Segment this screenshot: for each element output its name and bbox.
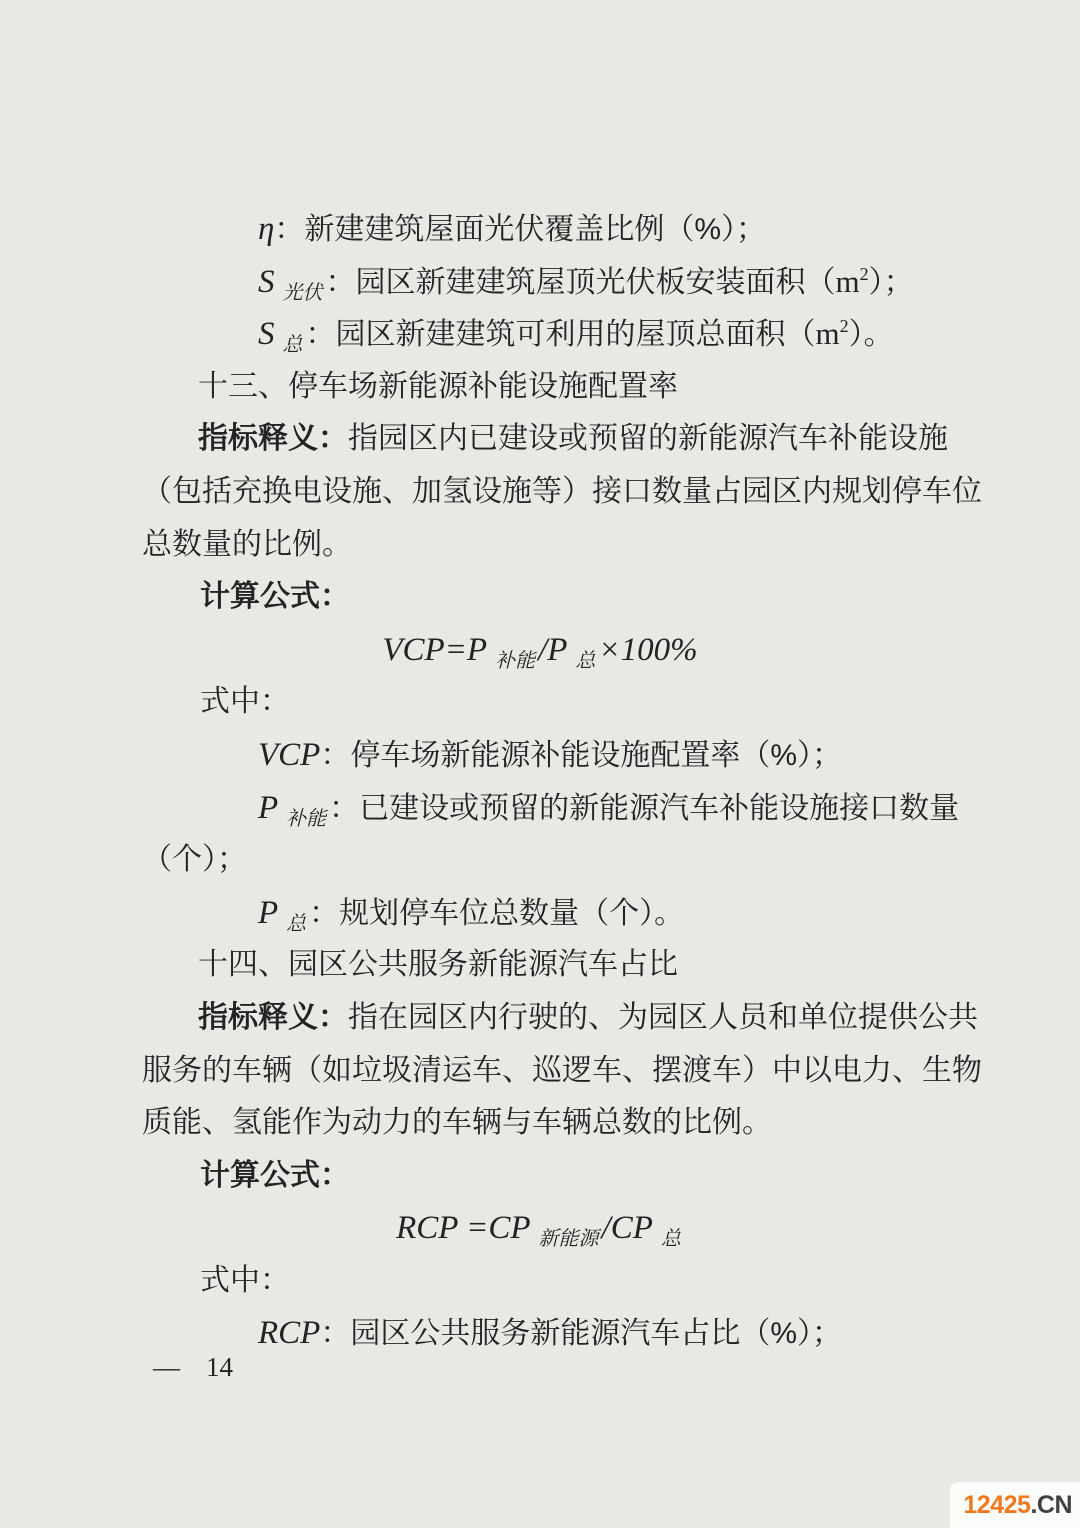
formula-variable-run: S: [258, 264, 275, 300]
formula-variable-run: P: [258, 895, 278, 931]
text-run: （包括充换电设施、加氢设施等）接口数量占园区内规划停车位: [142, 475, 982, 508]
formula-variable-run: VCP=P: [382, 632, 487, 668]
unit-run: m: [816, 316, 840, 351]
variable-definition-line: S总：园区新建建筑可利用的屋顶总面积（m2）。: [0, 308, 1080, 361]
page-number-dash: —: [153, 1352, 180, 1383]
subscript-run: 总: [575, 650, 595, 672]
formula-variable-run: ×100%: [598, 632, 697, 668]
text-run: ：园区新建建筑屋顶光伏板安装面积（: [326, 266, 836, 299]
bold-label-run: 指标释义：: [198, 1001, 348, 1034]
paragraph-line: 指标释义：指园区内已建设或预留的新能源汽车补能设施: [0, 413, 1080, 466]
label-line: 计算公式：: [0, 1150, 1080, 1203]
page-number: 14: [206, 1352, 233, 1382]
variable-definition-line: P总：规划停车位总数量（个）。: [0, 887, 1080, 940]
label-line: 式中：: [0, 676, 1080, 729]
paragraph-line: （包括充换电设施、加氢设施等）接口数量占园区内规划停车位: [0, 466, 1080, 519]
bold-label-run: 计算公式：: [200, 1159, 350, 1192]
variable-definition-line: P补能：已建设或预留的新能源汽车补能设施接口数量: [0, 782, 1080, 835]
subscript-run: 光伏: [283, 282, 323, 304]
text-run: ：新建建筑屋面光伏覆盖比例（%）；: [274, 213, 766, 246]
text-run: 指园区内已建设或预留的新能源汽车补能设施: [348, 422, 948, 455]
paragraph-line: 质能、氢能作为动力的车辆与车辆总数的比例。: [0, 1097, 1080, 1150]
superscript-run: 2: [860, 264, 869, 284]
watermark-number: 12425: [963, 1491, 1030, 1520]
text-run: 质能、氢能作为动力的车辆与车辆总数的比例。: [142, 1106, 772, 1139]
unit-run: m: [836, 264, 860, 299]
paragraph-line: （个）；: [0, 834, 1080, 887]
page-footer: —14: [153, 1352, 233, 1383]
section-heading: 十三、停车场新能源补能设施配置率: [0, 361, 1080, 414]
text-run: ：停车场新能源补能设施配置率（%）；: [320, 739, 842, 772]
formula-variable-run: VCP: [258, 737, 320, 773]
paragraph-line: 服务的车辆（如垃圾清运车、巡逻车、摆渡车）中以电力、生物: [0, 1045, 1080, 1098]
variable-definition-line: η：新建建筑屋面光伏覆盖比例（%）；: [0, 203, 1080, 256]
subscript-run: 总: [661, 1228, 681, 1250]
watermark-suffix: .CN: [1030, 1491, 1072, 1520]
watermark: 12425.CN: [950, 1482, 1080, 1528]
variable-definition-line: S光伏：园区新建建筑屋顶光伏板安装面积（m2）；: [0, 256, 1080, 309]
text-run: 总数量的比例。: [142, 528, 352, 561]
text-run: 十四、园区公共服务新能源汽车占比: [198, 948, 678, 981]
formula-variable-run: /P: [538, 632, 567, 668]
formula-variable-run: RCP: [258, 1315, 320, 1351]
formula-line: RCP =CP新能源/CP总: [0, 1202, 1080, 1255]
document-lines: η：新建建筑屋面光伏覆盖比例（%）；S光伏：园区新建建筑屋顶光伏板安装面积（m2…: [0, 203, 1080, 1360]
document-page: η：新建建筑屋面光伏覆盖比例（%）；S光伏：园区新建建筑屋顶光伏板安装面积（m2…: [0, 0, 1080, 1528]
formula-variable-run: P: [258, 790, 278, 826]
text-run: 式中：: [200, 685, 290, 718]
subscript-run: 补能: [286, 808, 326, 830]
label-line: 计算公式：: [0, 571, 1080, 624]
superscript-run: 2: [840, 316, 849, 336]
subscript-run: 新能源: [539, 1228, 599, 1250]
text-run: 式中：: [200, 1264, 290, 1297]
text-run: ：规划停车位总数量（个）。: [309, 897, 684, 930]
bold-label-run: 计算公式：: [200, 580, 350, 613]
formula-line: VCP=P补能/P总×100%: [0, 624, 1080, 677]
text-run: ：已建设或预留的新能源汽车补能设施接口数量: [329, 792, 959, 825]
formula-variable-run: η: [258, 211, 274, 247]
text-run: 服务的车辆（如垃圾清运车、巡逻车、摆渡车）中以电力、生物: [142, 1054, 982, 1087]
subscript-run: 总: [283, 334, 303, 356]
text-run: ：园区新建建筑可利用的屋顶总面积（: [306, 318, 816, 351]
paragraph-line: 指标释义：指在园区内行驶的、为园区人员和单位提供公共: [0, 992, 1080, 1045]
text-run: ：园区公共服务新能源汽车占比（%）；: [320, 1317, 842, 1350]
text-run: ）；: [869, 266, 914, 299]
text-run: 指在园区内行驶的、为园区人员和单位提供公共: [348, 1001, 978, 1034]
bold-label-run: 指标释义：: [198, 422, 348, 455]
subscript-run: 补能: [495, 650, 535, 672]
text-run: （个）；: [142, 843, 247, 876]
section-heading: 十四、园区公共服务新能源汽车占比: [0, 939, 1080, 992]
text-run: 十三、停车场新能源补能设施配置率: [198, 370, 678, 403]
paragraph-line: 总数量的比例。: [0, 519, 1080, 572]
subscript-run: 总: [286, 913, 306, 935]
text-run: ）。: [849, 318, 894, 351]
formula-variable-run: /CP: [602, 1210, 653, 1246]
formula-variable-run: RCP =CP: [396, 1210, 530, 1246]
formula-variable-run: S: [258, 316, 275, 352]
label-line: 式中：: [0, 1255, 1080, 1308]
variable-definition-line: VCP：停车场新能源补能设施配置率（%）；: [0, 729, 1080, 782]
